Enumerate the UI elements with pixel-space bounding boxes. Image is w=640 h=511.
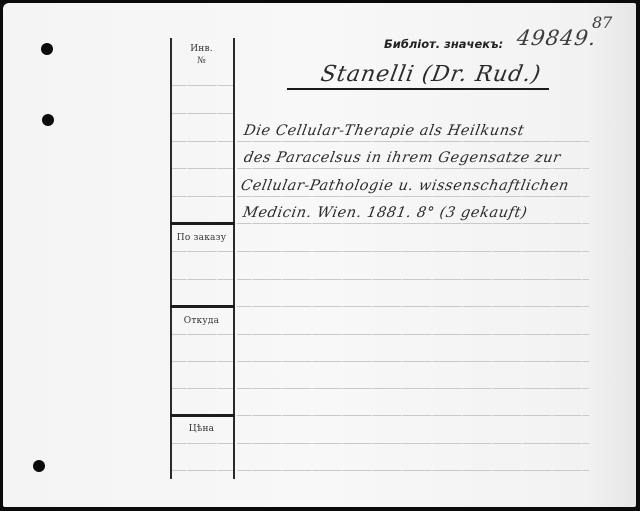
punch-hole-top [41, 43, 53, 55]
left-rule [172, 470, 233, 471]
inventory-number-sign: № [170, 56, 233, 66]
writing-rule [237, 223, 589, 224]
writing-rule [237, 196, 589, 197]
punch-hole-bottom [33, 460, 45, 472]
catalog-card: Библіот. значекъ: 49849. 87 Stanelli (Dr… [3, 3, 636, 507]
author-underline [287, 88, 549, 90]
corner-number: 87 [592, 13, 612, 32]
title-line-1: Die Cellular-Therapie als Heilkunst [243, 123, 526, 139]
inventory-label: Инв. [170, 44, 233, 54]
left-rule [172, 141, 233, 142]
left-rule [172, 388, 233, 389]
punch-hole-middle [42, 114, 54, 126]
price-label: Цѣна [170, 424, 233, 434]
left-rule [172, 196, 233, 197]
left-column-border-right [233, 38, 235, 479]
shelf-mark-value: 49849. [515, 26, 598, 50]
left-rule [172, 279, 233, 280]
writing-rule [237, 251, 589, 252]
title-line-3: Cellular-Pathologie u. wissenschaftliche… [240, 178, 571, 194]
writing-rule [237, 415, 589, 416]
title-line-2: des Paracelsus in ihrem Gegensatze zur [243, 150, 562, 166]
section-divider-source [170, 305, 235, 308]
left-rule [172, 168, 233, 169]
left-rule [172, 361, 233, 362]
writing-rule [237, 306, 589, 307]
left-rule [172, 334, 233, 335]
left-rule [172, 443, 233, 444]
writing-rule [237, 334, 589, 335]
writing-rule [237, 141, 589, 142]
writing-rule [237, 168, 589, 169]
title-line-4: Medicin. Wien. 1881. 8° (3 gekauft) [242, 205, 529, 221]
writing-rule [237, 388, 589, 389]
by-order-label: По заказу [170, 233, 233, 243]
left-rule [172, 113, 233, 114]
writing-rule [237, 470, 589, 471]
left-rule [172, 85, 233, 86]
author-name: Stanelli (Dr. Rud.) [319, 62, 543, 87]
writing-rule [237, 443, 589, 444]
left-column-border-left [170, 38, 172, 479]
left-rule [172, 251, 233, 252]
writing-rule [237, 361, 589, 362]
shelf-mark-label: Библіот. значекъ: [384, 37, 503, 51]
source-label: Откуда [170, 316, 233, 326]
section-divider-by-order [170, 222, 235, 225]
section-divider-price [170, 414, 235, 417]
writing-rule [237, 279, 589, 280]
